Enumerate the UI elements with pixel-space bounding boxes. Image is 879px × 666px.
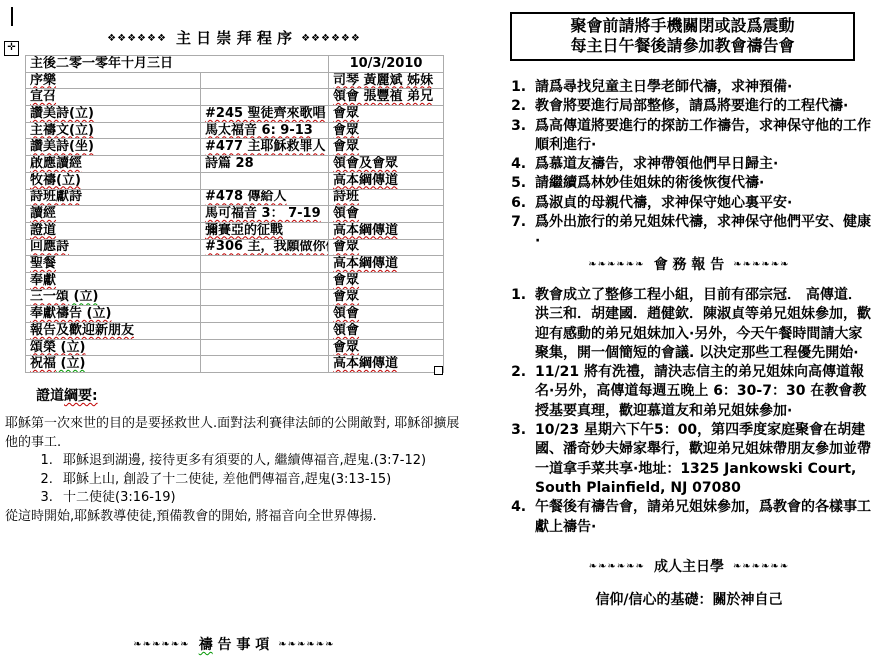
table-row: 證道彌賽亞的征戰高本綱傳道 [26,222,444,239]
cell-text: 會眾 [333,123,359,138]
order-item-cell: 三一頌 (立) [26,289,201,306]
cell-text: 馬太福音 6: 9-13 [205,123,313,138]
leader-cell: 領會 [329,323,444,340]
hymn-scripture-cell: 馬可福音 3： 7-19 [201,206,329,223]
cell-text: 祝福 [30,356,56,371]
cell-text: 高本綱傳道 [333,256,398,271]
hymn-scripture-cell [201,356,329,373]
order-item-cell: 讚美詩(立) [26,106,201,123]
hymn-scripture-cell [201,72,329,89]
worship-order-table: 主後二零一零年十月三日10/3/2010序樂司琴 黃麗斌 姊妹宣召領會 張豐禃 … [25,55,444,373]
cell-text: 回應詩 [30,239,69,254]
leader-cell: 高本綱傳道 [329,356,444,373]
order-item-cell: 祝福 (立) [26,356,201,373]
sermon-outline-intro: 耶穌第一次來世的目的是要拯救世人.面對法利賽律法師的公開敵對, 耶穌卻擴展他的事… [5,415,461,452]
table-row: 三一頌 (立)會眾 [26,289,444,306]
cell-text: 宣召 [30,89,56,104]
cell-text: 會眾 [333,273,359,288]
order-item-cell: 詩班獻詩 [26,189,201,206]
list-item: 11/21 將有洗禮，請決志信主的弟兄姐妹向高傳道報名·另外，高傳道每週五晚上 … [531,363,873,421]
sunday-school-topic: 信仰/信心的基礎：關於神自己 [505,589,873,609]
cell-text: 詩篇 28 [205,156,254,171]
cell-text: 三一頌 [30,289,69,304]
hymn-scripture-cell: 彌賽亞的征戰 [201,222,329,239]
cell-text-suffix: (立) [69,289,98,304]
cell-text-suffix: (立) [56,356,85,371]
table-move-handle-icon[interactable]: ✛ [4,41,19,56]
cell-text: 會眾 [333,139,359,154]
list-item: 爲高傳道將要進行的探訪工作禱告，求神保守他的工作順利進行· [531,117,873,156]
cell-text: 高本綱傳道 [333,173,398,188]
list-item: 午餐後有禱告會，請弟兄姐妹參加，爲教會的各樣事工獻上禱告· [531,498,873,537]
cell-text: 聖餐 [30,256,56,271]
sermon-outline-heading-marked: 綱要: [64,388,98,404]
cell-text: 讚美詩(坐) [30,139,94,154]
cell-text: 詩班獻詩 [30,189,82,204]
table-row: 聖餐高本綱傳道 [26,256,444,273]
leader-cell: 會眾 [329,106,444,123]
hymn-scripture-cell [201,89,329,106]
cell-text: 領會 [333,323,359,338]
cell-text: 詩班 [333,189,359,204]
cell-text: 證道 [30,223,56,238]
cell-text: 讀經 [30,206,56,221]
table-resize-handle[interactable] [434,366,443,375]
worship-order-title: ❖❖❖❖❖❖主 日 崇 拜 程 序❖❖❖❖❖❖ [25,27,443,48]
cell-text: 司琴 黃麗斌 姊妹 [333,73,433,88]
cell-text: 高本綱傳道 [333,223,398,238]
table-row: 宣召領會 張豐禃 弟兄 [26,89,444,106]
prayer-section-heading: ❧❧❧❧❧❧禱 告 事 項❧❧❧❧❧❧ [25,634,443,654]
list-item: 請爲尋找兒童主日學老師代禱，求神預備· [531,78,873,97]
hymn-scripture-cell: #478 傳給人 [201,189,329,206]
order-item-cell: 宣召 [26,89,201,106]
sermon-outline-list: 耶穌退到湖邊, 接待更多有須要的人, 繼續傳福音,趕鬼.(3:7-12)耶穌上山… [5,452,461,508]
hymn-scripture-cell [201,339,329,356]
order-item-cell: 奉獻禱告 (立) [26,306,201,323]
reports-heading: ❧❧❧❧❧❧會 務 報 告❧❧❧❧❧❧ [505,254,873,274]
notice-line-2: 每主日午餐後請參加教會禱告會 [512,36,853,56]
table-row: 頌榮 (立)會眾 [26,339,444,356]
order-item-cell: 奉獻 [26,272,201,289]
worship-table-body: 主後二零一零年十月三日10/3/2010序樂司琴 黃麗斌 姊妹宣召領會 張豐禃 … [26,56,444,373]
leader-cell: 會眾 [329,122,444,139]
table-row: 報告及歡迎新朋友領會 [26,323,444,340]
table-row: 讚美詩(立)#245 聖徒齊來歌唱會眾 [26,106,444,123]
cell-text: 讚美詩(立) [30,106,94,121]
table-row: 牧禱(立)高本綱傳道 [26,172,444,189]
leader-cell: 高本綱傳道 [329,222,444,239]
order-item-cell: 牧禱(立) [26,172,201,189]
cell-text: 彌賽亞的征戰 [205,223,283,238]
ornament-left-icon: ❧❧❧❧❧❧ [588,259,644,270]
hymn-scripture-cell: #477 主耶穌救罪人 [201,139,329,156]
leader-cell: 領會及會眾 [329,156,444,173]
table-row: 奉獻禱告 (立)領會 [26,306,444,323]
hymn-scripture-cell [201,306,329,323]
table-row: 回應詩#306 主，我願做你信徒會眾 [26,239,444,256]
cell-text: #245 聖徒齊來歌唱 [205,106,326,121]
cell-text: 頌榮 (立) [30,340,85,355]
prayer-request-section: 請爲尋找兒童主日學老師代禱，求神預備·教會將要進行局部整修，請爲將要進行的工程代… [503,78,873,252]
table-row: 序樂司琴 黃麗斌 姊妹 [26,72,444,89]
sermon-outline-heading: 證道綱要: [36,385,98,405]
leader-cell: 10/3/2010 [329,56,444,73]
prayer-heading-first-char: 禱 [199,637,213,653]
list-item: 爲淑貞的母親代禱，求神保守她心裏平安· [531,194,873,213]
table-row: 啟應讀經詩篇 28領會及會眾 [26,156,444,173]
notice-line-1: 聚會前請將手機關閉或設爲震動 [512,16,853,36]
order-item-cell: 頌榮 (立) [26,339,201,356]
ornament-left-icon: ❧❧❧❧❧❧ [133,639,189,650]
reports-section: 教會成立了整修工程小組，目前有邵宗冠． 高傳道．洪三和．胡建國．趙健欽．陳淑貞等… [503,286,873,537]
cell-text: #477 主耶穌救罪人 [205,139,326,154]
leader-cell: 領會 張豐禃 弟兄 [329,89,444,106]
hymn-scripture-cell [201,272,329,289]
hymn-scripture-cell [201,289,329,306]
order-item-cell: 讀經 [26,206,201,223]
leader-cell: 司琴 黃麗斌 姊妹 [329,72,444,89]
table-row: 讚美詩(坐)#477 主耶穌救罪人會眾 [26,139,444,156]
table-row: 主後二零一零年十月三日10/3/2010 [26,56,444,73]
cell-text: 報告及歡迎新朋友 [30,323,134,338]
cell-text: 高本綱傳道 [333,356,398,371]
list-item: 教會成立了整修工程小組，目前有邵宗冠． 高傳道．洪三和．胡建國．趙健欽．陳淑貞等… [531,286,873,363]
leader-cell: 會眾 [329,139,444,156]
order-item-cell: 回應詩 [26,239,201,256]
cell-text: 會眾 [333,340,359,355]
cell-text: #306 主，我願做你信徒 [205,239,329,254]
order-item-cell: 報告及歡迎新朋友 [26,323,201,340]
prayer-heading-rest: 告 事 項 [213,637,270,653]
ornament-right-icon: ❧❧❧❧❧❧ [733,259,789,270]
leader-cell: 會眾 [329,289,444,306]
order-item-cell: 聖餐 [26,256,201,273]
hymn-scripture-cell [201,172,329,189]
ornament-right-icon: ❧❧❧❧❧❧ [278,639,334,650]
list-item: 爲外出旅行的弟兄姐妹代禱，求神保守他們平安、健康· [531,213,873,252]
cell-text: 10/3/2010 [350,56,423,71]
leader-cell: 會眾 [329,339,444,356]
cell-text: 主禱文(立) [30,123,94,138]
hymn-scripture-cell [201,256,329,273]
ornament-right-icon: ❧❧❧❧❧❧ [733,561,789,572]
page-title: 主 日 崇 拜 程 序 [176,29,292,47]
ornament-right-icon: ❖❖❖❖❖❖ [301,33,361,44]
cell-text: 領會及會眾 [333,156,398,171]
sermon-outline: 耶穌第一次來世的目的是要拯救世人.面對法利賽律法師的公開敵對, 耶穌卻擴展他的事… [5,415,461,527]
cell-text: 啟應讀經 [30,156,82,171]
cell-text: 主後二零一零年十月三日 [30,56,173,71]
text-cursor [11,7,13,26]
list-item: 爲慕道友禱告，求神帶領他們早日歸主· [531,155,873,174]
reports-heading-text: 會 務 報 告 [654,257,725,273]
ornament-left-icon: ❖❖❖❖❖❖ [107,33,167,44]
cell-text: 會眾 [333,106,359,121]
sunday-school-heading-text: 成人主日學 [654,559,724,575]
leader-cell: 會眾 [329,272,444,289]
order-item-cell: 證道 [26,222,201,239]
hymn-scripture-cell: #245 聖徒齊來歌唱 [201,106,329,123]
cell-text: 牧禱(立) [30,173,81,188]
leader-cell: 高本綱傳道 [329,256,444,273]
cell-text: 會眾 [333,239,359,254]
table-row: 讀經馬可福音 3： 7-19領會 [26,206,444,223]
order-item-cell: 啟應讀經 [26,156,201,173]
list-item: 10/23 星期六下午5：00，第四季度家庭聚會在胡建國、潘奇妙夫婦家舉行，歡迎… [531,421,873,498]
cell-text: 馬可福音 3： 7-19 [205,206,321,221]
list-item: 耶穌上山, 創設了十二使徒, 差他們傳福音,趕鬼(3:13-15) [57,471,461,490]
leader-cell: 領會 [329,206,444,223]
cell-text: 領會 張豐禃 弟兄 [333,89,433,104]
ornament-left-icon: ❧❧❧❧❧❧ [589,561,645,572]
sunday-school-heading: ❧❧❧❧❧❧成人主日學❧❧❧❧❧❧ [505,556,873,576]
hymn-scripture-cell: #306 主，我願做你信徒 [201,239,329,256]
hymn-scripture-cell: 馬太福音 6: 9-13 [201,122,329,139]
cell-text: 領會 [333,206,359,221]
order-item-cell: 序樂 [26,72,201,89]
list-item: 請繼續爲林妙佳姐妹的術後恢復代禱· [531,174,873,193]
prayer-request-list: 請爲尋找兒童主日學老師代禱，求神預備·教會將要進行局部整修，請爲將要進行的工程代… [503,78,873,252]
sermon-outline-closing: 從這時開始,耶穌教導使徒,預備教會的開始, 將福音向全世界傳揚. [5,508,461,527]
leader-cell: 領會 [329,306,444,323]
table-row: 詩班獻詩#478 傳給人詩班 [26,189,444,206]
cell-text: 奉獻 [30,273,56,288]
cell-text: 領會 [333,306,359,321]
leader-cell: 高本綱傳道 [329,172,444,189]
leader-cell: 會眾 [329,239,444,256]
table-row: 奉獻會眾 [26,272,444,289]
sermon-outline-heading-text: 證道 [36,388,64,404]
order-item-cell: 讚美詩(坐) [26,139,201,156]
hymn-scripture-cell [201,323,329,340]
notice-box: 聚會前請將手機關閉或設爲震動 每主日午餐後請參加教會禱告會 [510,12,855,61]
table-row: 主禱文(立)馬太福音 6: 9-13會眾 [26,122,444,139]
cell-text: 序樂 [30,73,56,88]
list-item: 教會將要進行局部整修，請爲將要進行的工程代禱· [531,97,873,116]
cell-text: 奉獻禱告 (立) [30,306,111,321]
leader-cell: 詩班 [329,189,444,206]
cell-text: 會眾 [333,289,359,304]
reports-list: 教會成立了整修工程小組，目前有邵宗冠． 高傳道．洪三和．胡建國．趙健欽．陳淑貞等… [503,286,873,537]
order-item-cell: 主禱文(立) [26,122,201,139]
list-item: 十二使徒(3:16-19) [57,489,461,508]
order-item-cell: 主後二零一零年十月三日 [26,56,329,73]
table-row: 祝福 (立)高本綱傳道 [26,356,444,373]
cell-text: #478 傳給人 [205,189,287,204]
hymn-scripture-cell: 詩篇 28 [201,156,329,173]
list-item: 耶穌退到湖邊, 接待更多有須要的人, 繼續傳福音,趕鬼.(3:7-12) [57,452,461,471]
